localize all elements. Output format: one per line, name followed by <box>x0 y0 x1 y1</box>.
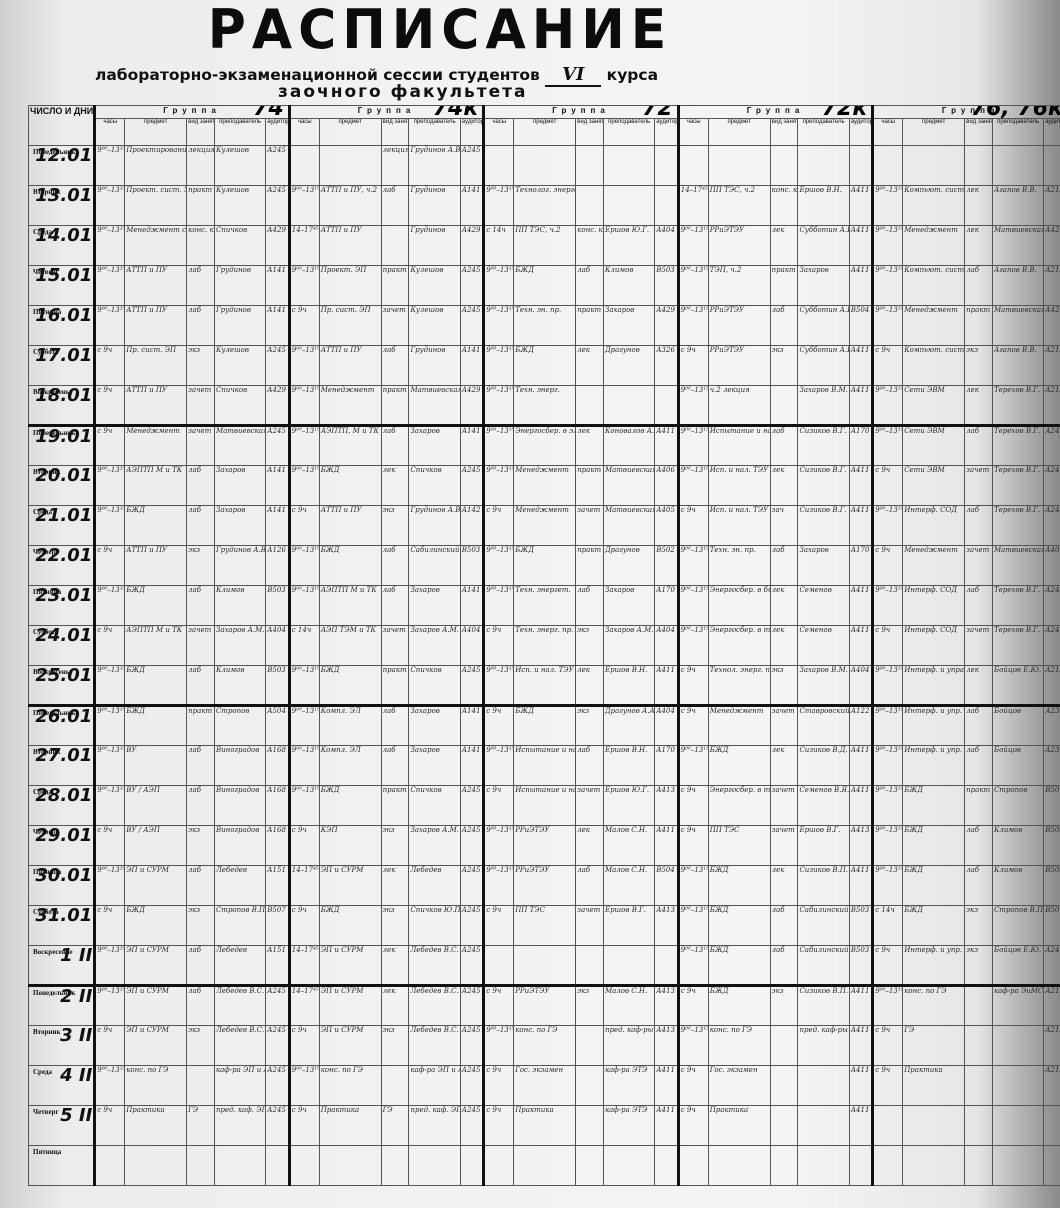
schedule-cell: ЭП и СУРМ <box>319 946 381 986</box>
schedule-cell <box>873 146 903 186</box>
sub-column-header: вид занятий <box>381 119 409 146</box>
schedule-cell: 9⁰⁰–13¹⁵ <box>678 1026 708 1066</box>
schedule-cell: экз <box>381 826 409 866</box>
schedule-cell: 9⁰⁰–13¹⁵ <box>678 466 708 506</box>
sub-column-header: часы <box>484 119 514 146</box>
schedule-cell: Бойцов <box>992 746 1043 786</box>
schedule-cell: В503 <box>1044 826 1060 866</box>
schedule-cell: БЖД <box>125 666 187 706</box>
sub-column-header: преподаватель <box>603 119 654 146</box>
schedule-cell: 9⁰⁰–13¹⁵ <box>873 426 903 466</box>
schedule-cell: А245 <box>266 1026 290 1066</box>
schedule-cell: ГЭ <box>187 1106 215 1146</box>
schedule-cell <box>576 1106 604 1146</box>
schedule-cell: А151 <box>266 946 290 986</box>
schedule-cell: с 9ч <box>678 346 708 386</box>
schedule-cell: каф-ра ЭП и АПУ <box>214 1066 265 1106</box>
schedule-cell <box>992 146 1043 186</box>
schedule-cell: Малов С.Н. <box>603 826 654 866</box>
schedule-cell: 9⁰⁰–13¹⁵ <box>289 546 319 586</box>
schedule-cell: БЖД <box>319 906 381 946</box>
schedule-cell <box>770 1026 798 1066</box>
schedule-cell: 9⁰⁰–13¹⁵ <box>873 786 903 826</box>
day-cell: Вторник13.01 <box>29 186 95 226</box>
table-row: Четверг15.019⁰⁰–13¹⁵АТТП и ПУлабГрудинов… <box>29 266 1060 306</box>
schedule-cell <box>484 946 514 986</box>
sub-column-header: вид занятий <box>576 119 604 146</box>
schedule-cell: с 9ч <box>95 386 125 426</box>
schedule-cell: с 9ч <box>95 1106 125 1146</box>
schedule-cell: Захаров <box>409 426 460 466</box>
table-row: Вторник27.019⁰⁰–13¹⁵ВУлабВиноградовА1689… <box>29 746 1060 786</box>
sub-column-header: аудитория <box>266 119 290 146</box>
schedule-cell: Матвиевская Н.Ю. <box>992 546 1043 586</box>
schedule-cell <box>1044 146 1060 186</box>
weekday-label: Воскресенье <box>33 388 73 396</box>
day-cell: Четверг15.01 <box>29 266 95 306</box>
weekday-label: Понедельник <box>33 989 75 997</box>
schedule-cell: В504 <box>849 306 873 346</box>
schedule-cell: А168 <box>266 826 290 866</box>
table-row: Воскресенье18.01с 9чАТТП и ПУзачет к пр.… <box>29 386 1060 426</box>
schedule-cell <box>460 1146 484 1186</box>
schedule-cell: А411 <box>849 186 873 226</box>
schedule-cell: лаб <box>965 426 993 466</box>
schedule-cell: ЭП и СУРМ <box>125 946 187 986</box>
schedule-cell: Менеджмент <box>125 426 187 466</box>
schedule-cell: лаб <box>187 786 215 826</box>
schedule-cell <box>678 1146 708 1186</box>
schedule-cell: Технол. энерг. предпр. <box>708 666 770 706</box>
sub-column-header: преподаватель <box>214 119 265 146</box>
schedule-cell: с 9ч <box>484 986 514 1026</box>
schedule-cell: ПП ТЭС <box>514 906 576 946</box>
table-row: Вторник3 IIс 9чЭП и СУРМэкзЛебедев В.С.А… <box>29 1026 1060 1066</box>
schedule-cell: Пр. сист. ЭП <box>125 346 187 386</box>
schedule-cell: лаб <box>770 906 798 946</box>
schedule-cell: ТЭП, ч.2 <box>708 266 770 306</box>
schedule-cell: Сети ЭВМ <box>903 426 965 466</box>
schedule-cell: лек <box>770 586 798 626</box>
table-row: Четверг22.01с 9чАТТП и ПУэкзГрудинов А.В… <box>29 546 1060 586</box>
schedule-cell: с 9ч <box>678 1066 708 1106</box>
schedule-cell <box>514 1146 576 1186</box>
schedule-cell: 9⁰⁰–13¹⁵ <box>95 946 125 986</box>
sub-column-header: предмет <box>125 119 187 146</box>
schedule-cell: ВУ / АЭП <box>125 826 187 866</box>
group-number: 74к <box>433 106 479 119</box>
schedule-cell: Климов <box>992 866 1043 906</box>
schedule-cell: практ <box>576 466 604 506</box>
schedule-cell: с 9ч <box>678 786 708 826</box>
schedule-cell: Лебедев В.С. <box>214 986 265 1026</box>
schedule-cell: А411 <box>655 1106 679 1146</box>
schedule-cell: 9⁰⁰–13¹⁵ <box>95 986 125 1026</box>
schedule-cell: Менеджмент <box>708 706 770 746</box>
schedule-cell <box>187 1066 215 1106</box>
schedule-cell <box>319 1146 381 1186</box>
schedule-cell: каф-ра ЭТЭ <box>603 1066 654 1106</box>
schedule-cell: с 9ч <box>289 506 319 546</box>
schedule-cell: Спичков Ю.П. <box>409 906 460 946</box>
date-label: 3 II <box>60 1026 92 1047</box>
schedule-cell: А411 <box>849 346 873 386</box>
schedule-cell: Интерф. и упр. МПС <box>903 746 965 786</box>
schedule-cell: Грудинов <box>214 266 265 306</box>
schedule-cell: лаб <box>965 266 993 306</box>
schedule-cell: А141 <box>460 746 484 786</box>
schedule-cell <box>484 146 514 186</box>
schedule-cell: А245 <box>460 786 484 826</box>
schedule-cell: А413 <box>655 1026 679 1066</box>
schedule-cell: Энергосбер. в эл. сетях <box>514 426 576 466</box>
sub-column-header: аудитория <box>655 119 679 146</box>
schedule-cell: А245 <box>266 346 290 386</box>
schedule-cell: БЖД <box>903 786 965 826</box>
weekday-label: Вторник <box>33 188 61 196</box>
schedule-cell: конс. к экз. <box>576 226 604 266</box>
schedule-cell <box>770 146 798 186</box>
schedule-cell: ЭП и СУРМ <box>319 986 381 1026</box>
schedule-cell: Интерф. и управ. МПС, ч.2 <box>903 666 965 706</box>
weekday-label: Суббота <box>33 348 59 356</box>
schedule-cell: лекция <box>187 146 215 186</box>
schedule-cell: с 9ч <box>95 426 125 466</box>
table-row: Среда4 II9⁰⁰–13¹⁵конс. по ГЭкаф-ра ЭП и … <box>29 1066 1060 1106</box>
schedule-cell: Интерф. СОД <box>903 626 965 666</box>
schedule-cell: Агапов В.В. <box>992 346 1043 386</box>
schedule-cell: лекция <box>381 146 409 186</box>
schedule-cell: практ <box>770 266 798 306</box>
schedule-cell: Сабилинский <box>798 906 849 946</box>
schedule-cell: А406 <box>655 466 679 506</box>
schedule-cell <box>770 386 798 426</box>
schedule-cell <box>576 1146 604 1186</box>
schedule-cell: В502 <box>655 546 679 586</box>
schedule-cell: Захаров В.М. <box>798 666 849 706</box>
schedule-cell: А168 <box>266 786 290 826</box>
schedule-cell: Захаров <box>798 266 849 306</box>
schedule-cell <box>992 1026 1043 1066</box>
weekday-label: Пятница <box>33 588 61 596</box>
schedule-cell: экз <box>187 346 215 386</box>
schedule-cell <box>965 986 993 1026</box>
sub-column-header: часы <box>873 119 903 146</box>
day-cell: Воскресенье25.01 <box>29 666 95 706</box>
schedule-cell: Стропов В.П. <box>992 906 1043 946</box>
schedule-cell: 14–17⁴⁵ <box>678 186 708 226</box>
schedule-cell: 9⁰⁰–13¹⁵ <box>484 466 514 506</box>
timetable-sheet: РАСПИСАНИЕ лабораторно-экзаменационной с… <box>0 0 1060 1208</box>
schedule-cell: зачет <box>187 426 215 466</box>
weekday-label: Воскресенье <box>33 948 73 956</box>
schedule-cell: ЭП и СУРМ <box>125 866 187 906</box>
schedule-cell: зачет <box>965 546 993 586</box>
schedule-cell: с 14ч <box>289 626 319 666</box>
schedule-cell: Испытание и наладка ТЭУ <box>708 426 770 466</box>
page-title: РАСПИСАНИЕ <box>195 0 685 62</box>
schedule-cell: А243 <box>1044 506 1060 546</box>
schedule-cell: экз <box>187 826 215 866</box>
schedule-cell: АЭП ТЭМ и ТК <box>319 626 381 666</box>
schedule-cell: зачет <box>770 786 798 826</box>
schedule-cell: лек <box>965 386 993 426</box>
schedule-cell <box>655 1146 679 1186</box>
schedule-cell: А212 <box>1044 1066 1060 1106</box>
schedule-cell: А212 <box>1044 666 1060 706</box>
schedule-cell: лек <box>770 626 798 666</box>
schedule-cell: РРиЭТЭУ <box>514 986 576 1026</box>
schedule-cell <box>992 1106 1043 1146</box>
schedule-cell: экз <box>381 506 409 546</box>
schedule-cell: экз <box>381 906 409 946</box>
schedule-cell: Испытание и наладка ТЭУ <box>514 746 576 786</box>
schedule-cell: зачет <box>576 786 604 826</box>
schedule-cell: А212 <box>1044 186 1060 226</box>
schedule-cell: 9⁰⁰–13¹⁵ <box>678 626 708 666</box>
schedule-cell: лаб <box>965 826 993 866</box>
schedule-cell: А151 <box>266 866 290 906</box>
schedule-cell <box>992 1146 1043 1186</box>
schedule-cell: 9⁰⁰–13¹⁵ <box>289 586 319 626</box>
schedule-cell: Пр. сист. ЭП <box>319 306 381 346</box>
schedule-cell: Сабилинский <box>409 546 460 586</box>
schedule-cell: Менеджмент <box>514 506 576 546</box>
schedule-cell <box>484 1146 514 1186</box>
schedule-cell: А411 <box>849 386 873 426</box>
schedule-cell: Энергосбер. в тепл. <box>708 626 770 666</box>
schedule-cell: с 9ч <box>289 306 319 346</box>
schedule-cell: 9⁰⁰–13¹⁵ <box>873 306 903 346</box>
schedule-cell: Спичков <box>214 386 265 426</box>
schedule-cell: Грудинов <box>409 226 460 266</box>
schedule-cell: с 9ч <box>484 706 514 746</box>
schedule-cell: 9⁰⁰–13¹⁵ <box>289 746 319 786</box>
schedule-cell: 9⁰⁰–13¹⁵ <box>678 946 708 986</box>
schedule-cell: А429 <box>266 226 290 266</box>
schedule-cell: 9⁰⁰–13¹⁵ <box>289 346 319 386</box>
schedule-cell <box>576 186 604 226</box>
schedule-cell: АТТП и ПУ, ч.2 <box>319 186 381 226</box>
schedule-cell: лаб <box>187 266 215 306</box>
schedule-cell <box>992 1066 1043 1106</box>
schedule-cell: Компьют. сист. упр. в <box>903 186 965 226</box>
schedule-cell: 9⁰⁰–13¹⁵ <box>484 866 514 906</box>
schedule-cell: 9⁰⁰–13¹⁵ <box>289 466 319 506</box>
schedule-cell: Кулешов <box>214 146 265 186</box>
schedule-cell: 14–17⁴⁵ <box>289 866 319 906</box>
schedule-cell: 9⁰⁰–13¹⁵ <box>678 426 708 466</box>
group-label: Группа <box>358 106 416 115</box>
group-header: Группа76, 76к <box>873 106 1060 119</box>
day-cell: Среда14.01 <box>29 226 95 266</box>
schedule-cell: Терехов В.Г. <box>992 586 1043 626</box>
schedule-cell: практ <box>187 706 215 746</box>
schedule-cell <box>655 386 679 426</box>
schedule-cell: А405 <box>1044 546 1060 586</box>
schedule-cell: лаб <box>381 706 409 746</box>
schedule-cell: Малов С.Н. <box>603 986 654 1026</box>
schedule-cell: экз <box>187 906 215 946</box>
schedule-cell: лаб <box>770 946 798 986</box>
schedule-cell: Грудинов <box>214 306 265 346</box>
schedule-cell: ч.2 лекция <box>708 386 770 426</box>
schedule-cell: лаб <box>187 586 215 626</box>
schedule-cell: А170 <box>849 426 873 466</box>
schedule-cell: А245 <box>266 1106 290 1146</box>
schedule-cell <box>603 946 654 986</box>
sub-column-header: аудитория <box>1044 119 1060 146</box>
schedule-cell: А411 <box>849 866 873 906</box>
schedule-cell: А429 <box>460 226 484 266</box>
schedule-cell: Терехов В.Г. <box>992 386 1043 426</box>
schedule-cell: Стропов <box>992 786 1043 826</box>
schedule-cell: А245 <box>460 666 484 706</box>
schedule-cell: Практика <box>125 1106 187 1146</box>
schedule-cell: лаб <box>576 746 604 786</box>
schedule-cell: АТТП и ПУ <box>125 306 187 346</box>
schedule-cell: Агапов В.В. <box>992 266 1043 306</box>
schedule-cell: 9⁰⁰–13¹⁵ <box>873 506 903 546</box>
schedule-cell: 9⁰⁰–13¹⁵ <box>678 866 708 906</box>
schedule-cell: Ершов В.Г. <box>798 826 849 866</box>
schedule-cell: экз <box>965 346 993 386</box>
schedule-cell: БЖД <box>708 986 770 1026</box>
schedule-cell: Исп. и нал. ТЭУ <box>708 466 770 506</box>
schedule-cell: 9⁰⁰–13¹⁵ <box>95 186 125 226</box>
schedule-cell: лаб <box>576 866 604 906</box>
schedule-cell <box>187 1146 215 1186</box>
schedule-cell: с 9ч <box>678 666 708 706</box>
schedule-cell: В503 <box>849 906 873 946</box>
schedule-cell: Ершов Ю.Г. <box>603 226 654 266</box>
schedule-cell: А411 <box>849 986 873 1026</box>
schedule-cell: А411 <box>655 426 679 466</box>
table-row: Понедельник26.019⁰⁰–13¹⁵БЖДпрактСтроповА… <box>29 706 1060 746</box>
schedule-cell: с 9ч <box>873 1026 903 1066</box>
schedule-cell: Стропов В.П. <box>214 906 265 946</box>
schedule-cell <box>603 386 654 426</box>
schedule-cell: БЖД <box>903 906 965 946</box>
schedule-cell: Сизиков В.Г. <box>798 506 849 546</box>
schedule-cell: Компл. ЭЛ <box>319 706 381 746</box>
schedule-cell: с 9ч <box>289 826 319 866</box>
day-cell: Среда28.01 <box>29 786 95 826</box>
schedule-cell: В503 <box>266 586 290 626</box>
schedule-cell: с 9ч <box>678 506 708 546</box>
schedule-cell: лек <box>770 466 798 506</box>
schedule-cell: 9⁰⁰–13¹⁵ <box>678 586 708 626</box>
schedule-cell: Сети ЭВМ <box>903 386 965 426</box>
schedule-cell: А411 <box>849 626 873 666</box>
schedule-cell: А122 <box>849 706 873 746</box>
schedule-cell: Бойцов Е.Ю. <box>992 946 1043 986</box>
day-cell: Среда4 II <box>29 1066 95 1106</box>
schedule-cell: А170 <box>655 746 679 786</box>
schedule-cell: Проект. ЭП <box>319 266 381 306</box>
schedule-cell: 9⁰⁰–13¹⁵ <box>873 186 903 226</box>
schedule-cell: каф-ра ЭТЭ <box>603 1106 654 1146</box>
schedule-cell: 9⁰⁰–13¹⁵ <box>289 706 319 746</box>
weekday-label: Среда <box>33 508 52 516</box>
schedule-cell: зачет <box>381 306 409 346</box>
schedule-cell: Практика <box>903 1066 965 1106</box>
schedule-cell <box>798 146 849 186</box>
schedule-cell: А212 <box>1044 386 1060 426</box>
schedule-cell: ПП ТЭС, ч.2 <box>514 226 576 266</box>
schedule-cell: 9⁰⁰–13¹⁵ <box>484 346 514 386</box>
weekday-label: Среда <box>33 788 52 796</box>
schedule-cell: А326 <box>655 346 679 386</box>
schedule-cell: лаб <box>187 506 215 546</box>
schedule-cell: 9⁰⁰–13¹⁵ <box>484 1026 514 1066</box>
schedule-cell: с 9ч <box>289 906 319 946</box>
schedule-cell: с 9ч <box>678 1106 708 1146</box>
schedule-cell: БЖД <box>319 666 381 706</box>
weekday-label: Понедельник <box>33 148 75 156</box>
schedule-cell: Бойцов <box>992 706 1043 746</box>
schedule-cell: 9⁰⁰–13¹⁵ <box>95 306 125 346</box>
schedule-cell: экз <box>965 906 993 946</box>
schedule-cell <box>655 146 679 186</box>
day-cell: Вторник20.01 <box>29 466 95 506</box>
schedule-cell: Терехов В.Г. <box>992 426 1043 466</box>
schedule-cell: зач <box>770 506 798 546</box>
schedule-cell: БЖД <box>903 826 965 866</box>
schedule-cell: Кулешов <box>214 346 265 386</box>
schedule-cell: А411 <box>849 506 873 546</box>
schedule-cell: Захаров <box>214 506 265 546</box>
schedule-cell: Проект. сист. ЭП <box>125 186 187 226</box>
schedule-cell: лаб <box>381 346 409 386</box>
schedule-cell: Техн. эн. пр. <box>708 546 770 586</box>
schedule-cell: А126 <box>266 546 290 586</box>
schedule-cell: Грудинов А.В. <box>214 546 265 586</box>
schedule-cell: с 9ч <box>873 466 903 506</box>
schedule-cell <box>576 146 604 186</box>
schedule-cell <box>873 1146 903 1186</box>
schedule-cell: 9⁰⁰–13¹⁵ <box>873 746 903 786</box>
schedule-cell: Стропов <box>214 706 265 746</box>
schedule-cell: А212 <box>1044 1026 1060 1066</box>
schedule-cell: РРиЭТЭУ <box>514 866 576 906</box>
schedule-cell: 9⁰⁰–13¹⁵ <box>95 746 125 786</box>
schedule-cell: А245 <box>460 826 484 866</box>
schedule-cell: Матвиевская Н.Ю. <box>603 506 654 546</box>
schedule-cell: лек <box>770 866 798 906</box>
weekday-label: Среда <box>33 1068 52 1076</box>
schedule-cell: Сизиков В.Д. <box>798 746 849 786</box>
schedule-cell: А411 <box>849 1026 873 1066</box>
schedule-cell: А243 <box>1044 426 1060 466</box>
schedule-cell: зачет <box>576 506 604 546</box>
schedule-cell: А411 <box>849 266 873 306</box>
schedule-cell: экз <box>576 986 604 1026</box>
schedule-cell: В503 <box>266 666 290 706</box>
schedule-cell: Исп. и нал. ТЭУ <box>514 666 576 706</box>
schedule-cell: Семенов <box>798 626 849 666</box>
schedule-cell: лек <box>770 746 798 786</box>
schedule-cell <box>798 1106 849 1146</box>
sub-column-header: преподаватель <box>409 119 460 146</box>
schedule-cell: лаб <box>770 546 798 586</box>
schedule-cell: лаб <box>965 506 993 546</box>
group-label: Группа <box>747 106 805 115</box>
schedule-cell: Виноградов <box>214 746 265 786</box>
schedule-cell: Субботин А.И. <box>798 346 849 386</box>
schedule-cell: лаб <box>187 306 215 346</box>
schedule-cell: 9⁰⁰–13¹⁵ <box>95 146 125 186</box>
